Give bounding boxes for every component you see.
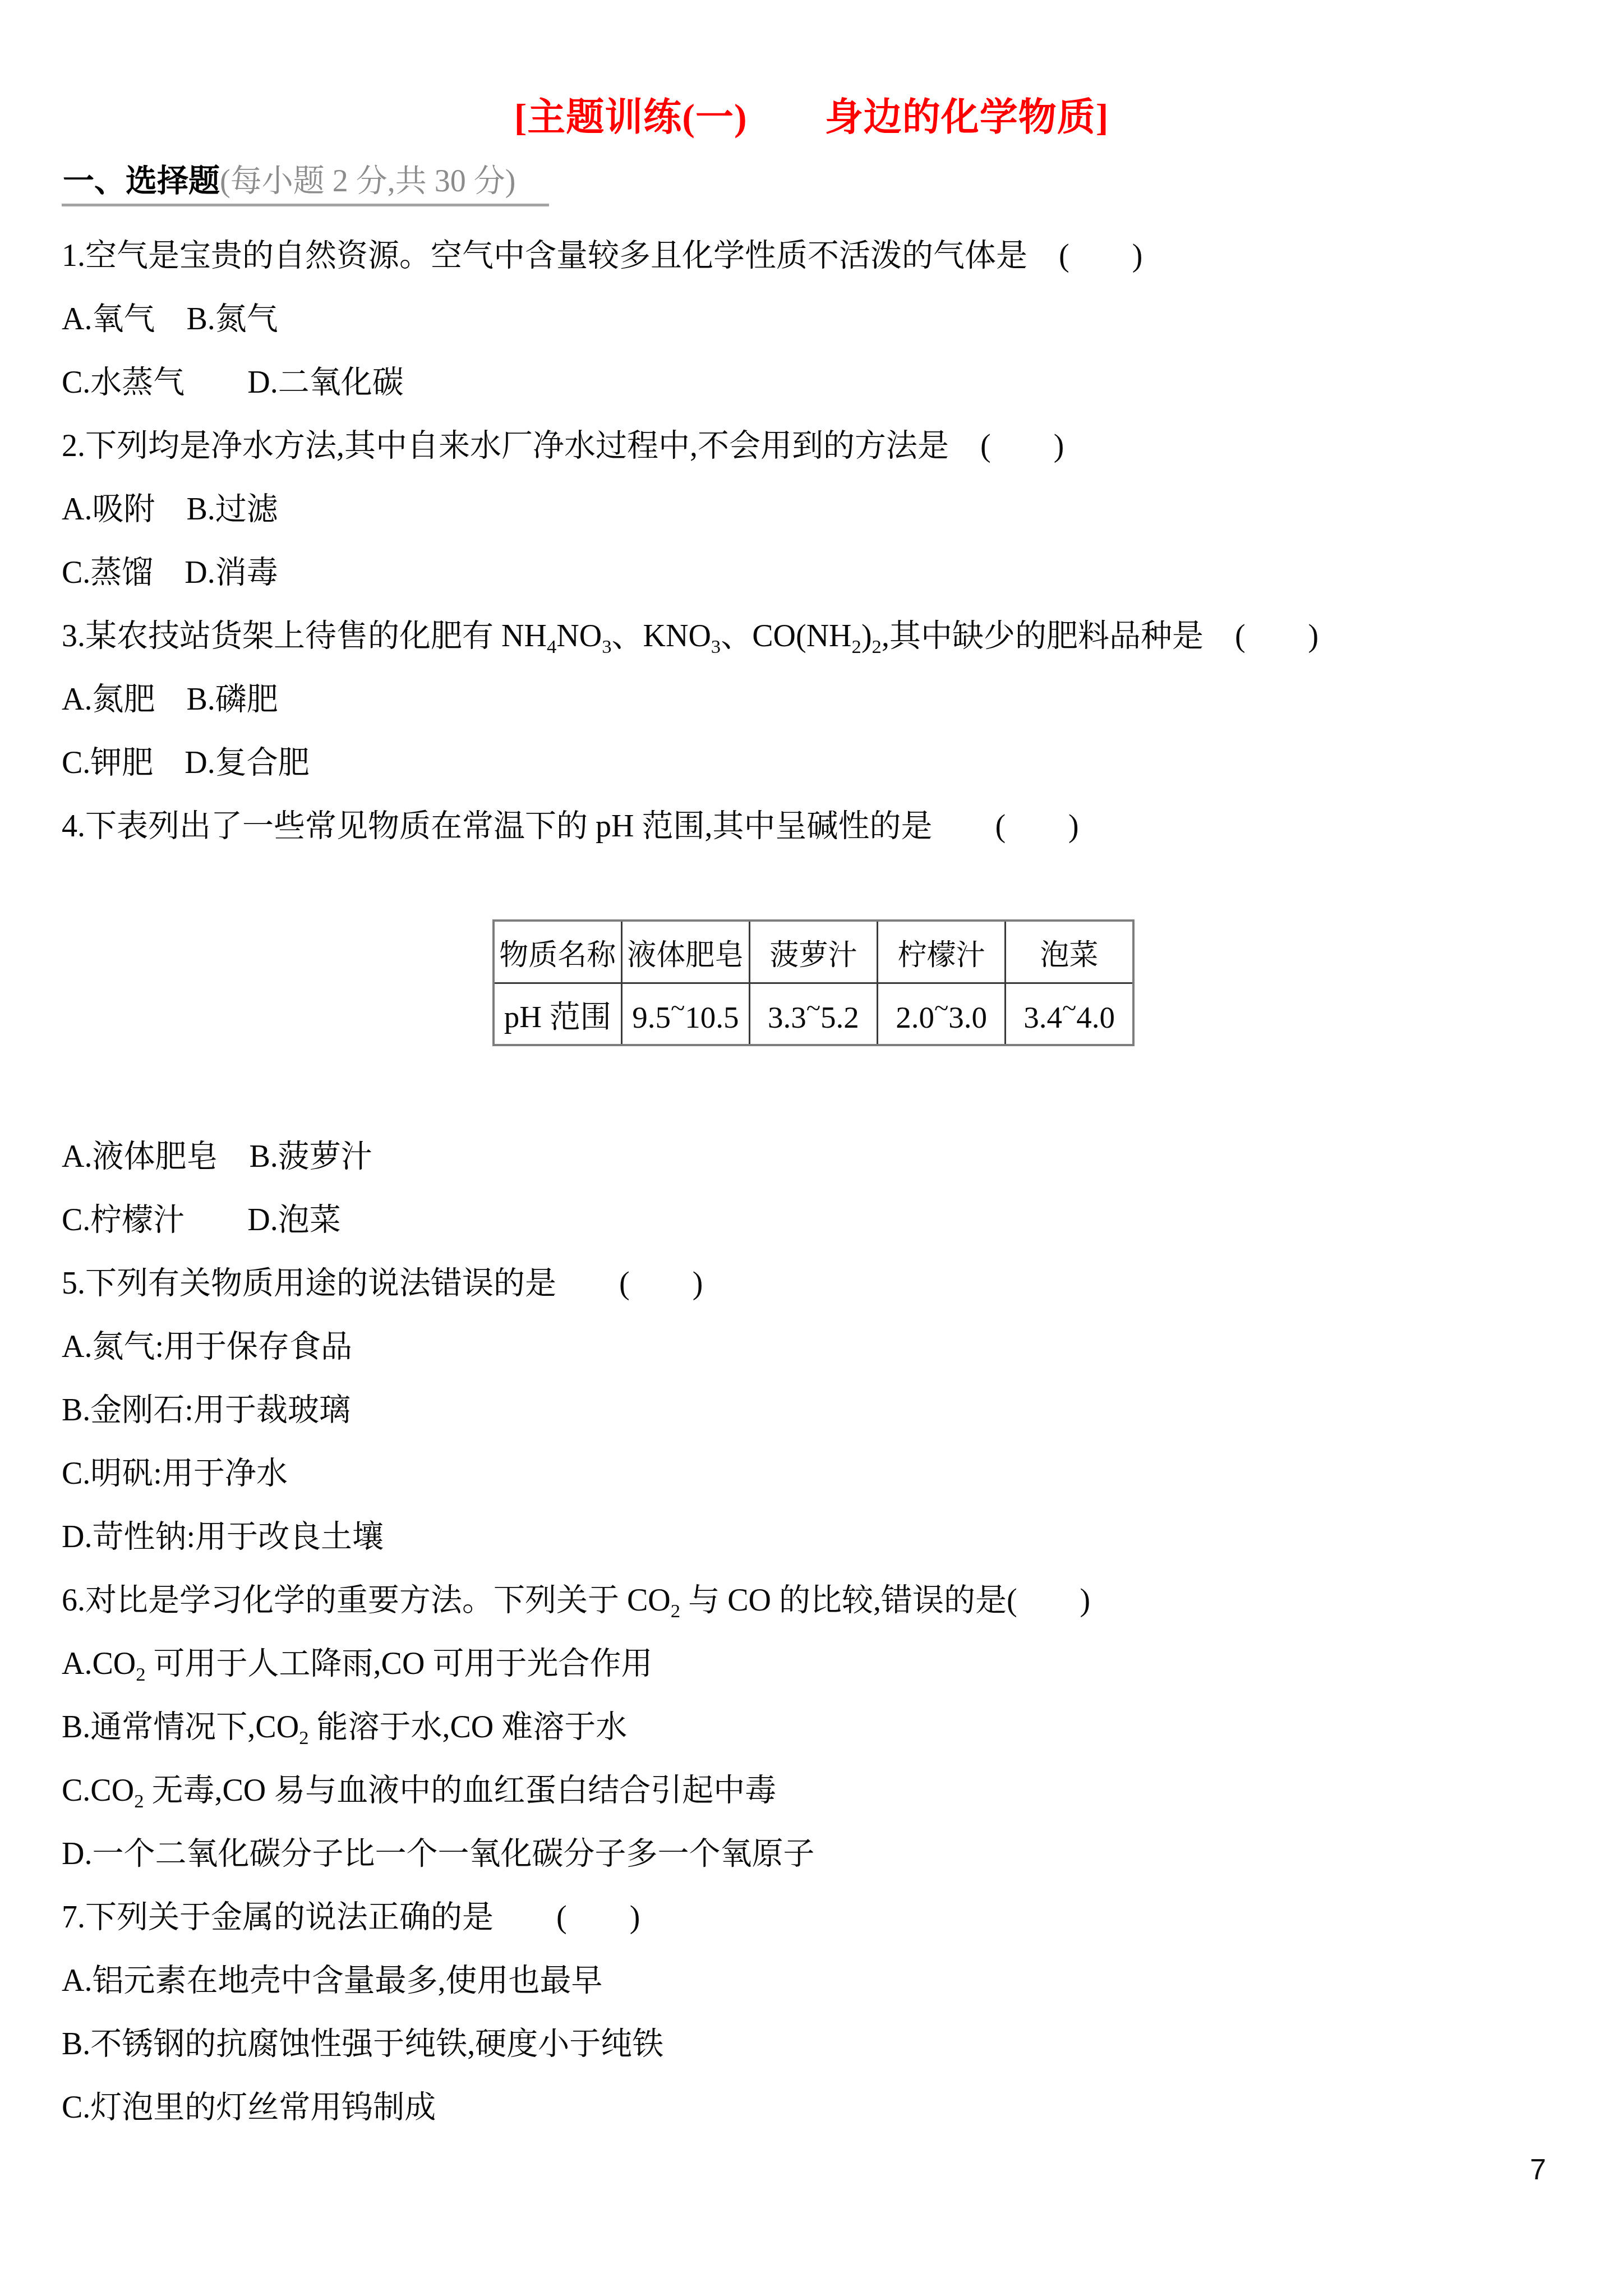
ph-table-row-label: pH 范围 <box>494 983 621 1045</box>
ph-table-header-pickles: 泡菜 <box>1006 921 1133 983</box>
q6-option-line-b: B.通常情况下,CO2 能溶于水,CO 难溶于水 <box>62 1711 1561 1743</box>
q5-option-line-c: C.明矾:用于净水 <box>62 1458 1561 1489</box>
ph-table-header-substance: 物质名称 <box>494 921 621 983</box>
section-heading-underline: 一、选择题(每小题 2 分,共 30 分) <box>62 165 549 206</box>
q5-option-line-a: A.氮气:用于保存食品 <box>62 1331 1561 1363</box>
q6-stem: 6.对比是学习化学的重要方法。下列关于 CO2 与 CO 的比较,错误的是( ) <box>62 1585 1561 1616</box>
q7-option-line-a: A.铝元素在地壳中含量最多,使用也最早 <box>62 1965 1561 1996</box>
q5-stem: 5.下列有关物质用途的说法错误的是 ( ) <box>62 1268 1561 1299</box>
section-heading-label: 一、选择题 <box>63 164 220 199</box>
ph-table: 物质名称 液体肥皂 菠萝汁 柠檬汁 泡菜 pH 范围 9.5~10.5 3.3~… <box>492 919 1135 1046</box>
ph-table-header-pineapple-juice: 菠萝汁 <box>749 921 877 983</box>
ph-table-header-liquid-soap: 液体肥皂 <box>621 921 749 983</box>
q4-stem: 4.下表列出了一些常见物质在常温下的 pH 范围,其中呈碱性的是 ( ) <box>62 811 1561 842</box>
ph-table-value-liquid-soap: 9.5~10.5 <box>621 983 749 1045</box>
q2-option-line-ab: A.吸附 B.过滤 <box>62 494 1561 525</box>
worksheet-page: [主题训练(一) 身边的化学物质] 一、选择题(每小题 2 分,共 30 分) … <box>0 0 1623 2123</box>
q7-option-line-b: B.不锈钢的抗腐蚀性强于纯铁,硬度小于纯铁 <box>62 2028 1561 2060</box>
q4-option-line-ab: A.液体肥皂 B.菠萝汁 <box>62 1141 1561 1172</box>
ph-table-value-pickles: 3.4~4.0 <box>1006 983 1133 1045</box>
q1-stem: 1.空气是宝贵的自然资源。空气中含量较多且化学性质不活泼的气体是 ( ) <box>62 240 1561 272</box>
ph-table-value-row: pH 范围 9.5~10.5 3.3~5.2 2.0~3.0 3.4~4.0 <box>494 983 1133 1045</box>
q1-option-line-cd: C.水蒸气 D.二氧化碳 <box>62 367 1561 398</box>
section-heading: 一、选择题(每小题 2 分,共 30 分) <box>62 165 1561 206</box>
q6-option-line-d: D.一个二氧化碳分子比一个一氧化碳分子多一个氧原子 <box>62 1838 1561 1870</box>
q7-stem: 7.下列关于金属的说法正确的是 ( ) <box>62 1902 1561 1933</box>
q2-stem: 2.下列均是净水方法,其中自来水厂净水过程中,不会用到的方法是 ( ) <box>62 430 1561 462</box>
q6-option-line-c: C.CO2 无毒,CO 易与血液中的血红蛋白结合引起中毒 <box>62 1775 1561 1806</box>
q4-option-line-cd: C.柠檬汁 D.泡菜 <box>62 1204 1561 1236</box>
q3-stem: 3.某农技站货架上待售的化肥有 NH4NO3、KNO3、CO(NH2)2,其中缺… <box>62 620 1561 652</box>
ph-table-header-lemon-juice: 柠檬汁 <box>878 921 1006 983</box>
q7-option-line-c: C.灯泡里的灯丝常用钨制成 <box>62 2092 1561 2123</box>
q3-option-line-ab: A.氮肥 B.磷肥 <box>62 684 1561 715</box>
ph-table-header-row: 物质名称 液体肥皂 菠萝汁 柠檬汁 泡菜 <box>494 921 1133 983</box>
ph-table-value-lemon-juice: 2.0~3.0 <box>878 983 1006 1045</box>
ph-table-value-pineapple-juice: 3.3~5.2 <box>749 983 877 1045</box>
q5-option-line-d: D.苛性钠:用于改良土壤 <box>62 1521 1561 1553</box>
q3-option-line-cd: C.钾肥 D.复合肥 <box>62 747 1561 779</box>
q6-option-line-a: A.CO2 可用于人工降雨,CO 可用于光合作用 <box>62 1648 1561 1680</box>
q1-option-line-ab: A.氧气 B.氮气 <box>62 303 1561 335</box>
q5-option-line-b: B.金刚石:用于裁玻璃 <box>62 1395 1561 1426</box>
page-number: 7 <box>1530 2153 1546 2187</box>
section-heading-note: (每小题 2 分,共 30 分) <box>220 164 515 199</box>
page-title: [主题训练(一) 身边的化学物质] <box>62 95 1561 139</box>
q2-option-line-cd: C.蒸馏 D.消毒 <box>62 557 1561 588</box>
